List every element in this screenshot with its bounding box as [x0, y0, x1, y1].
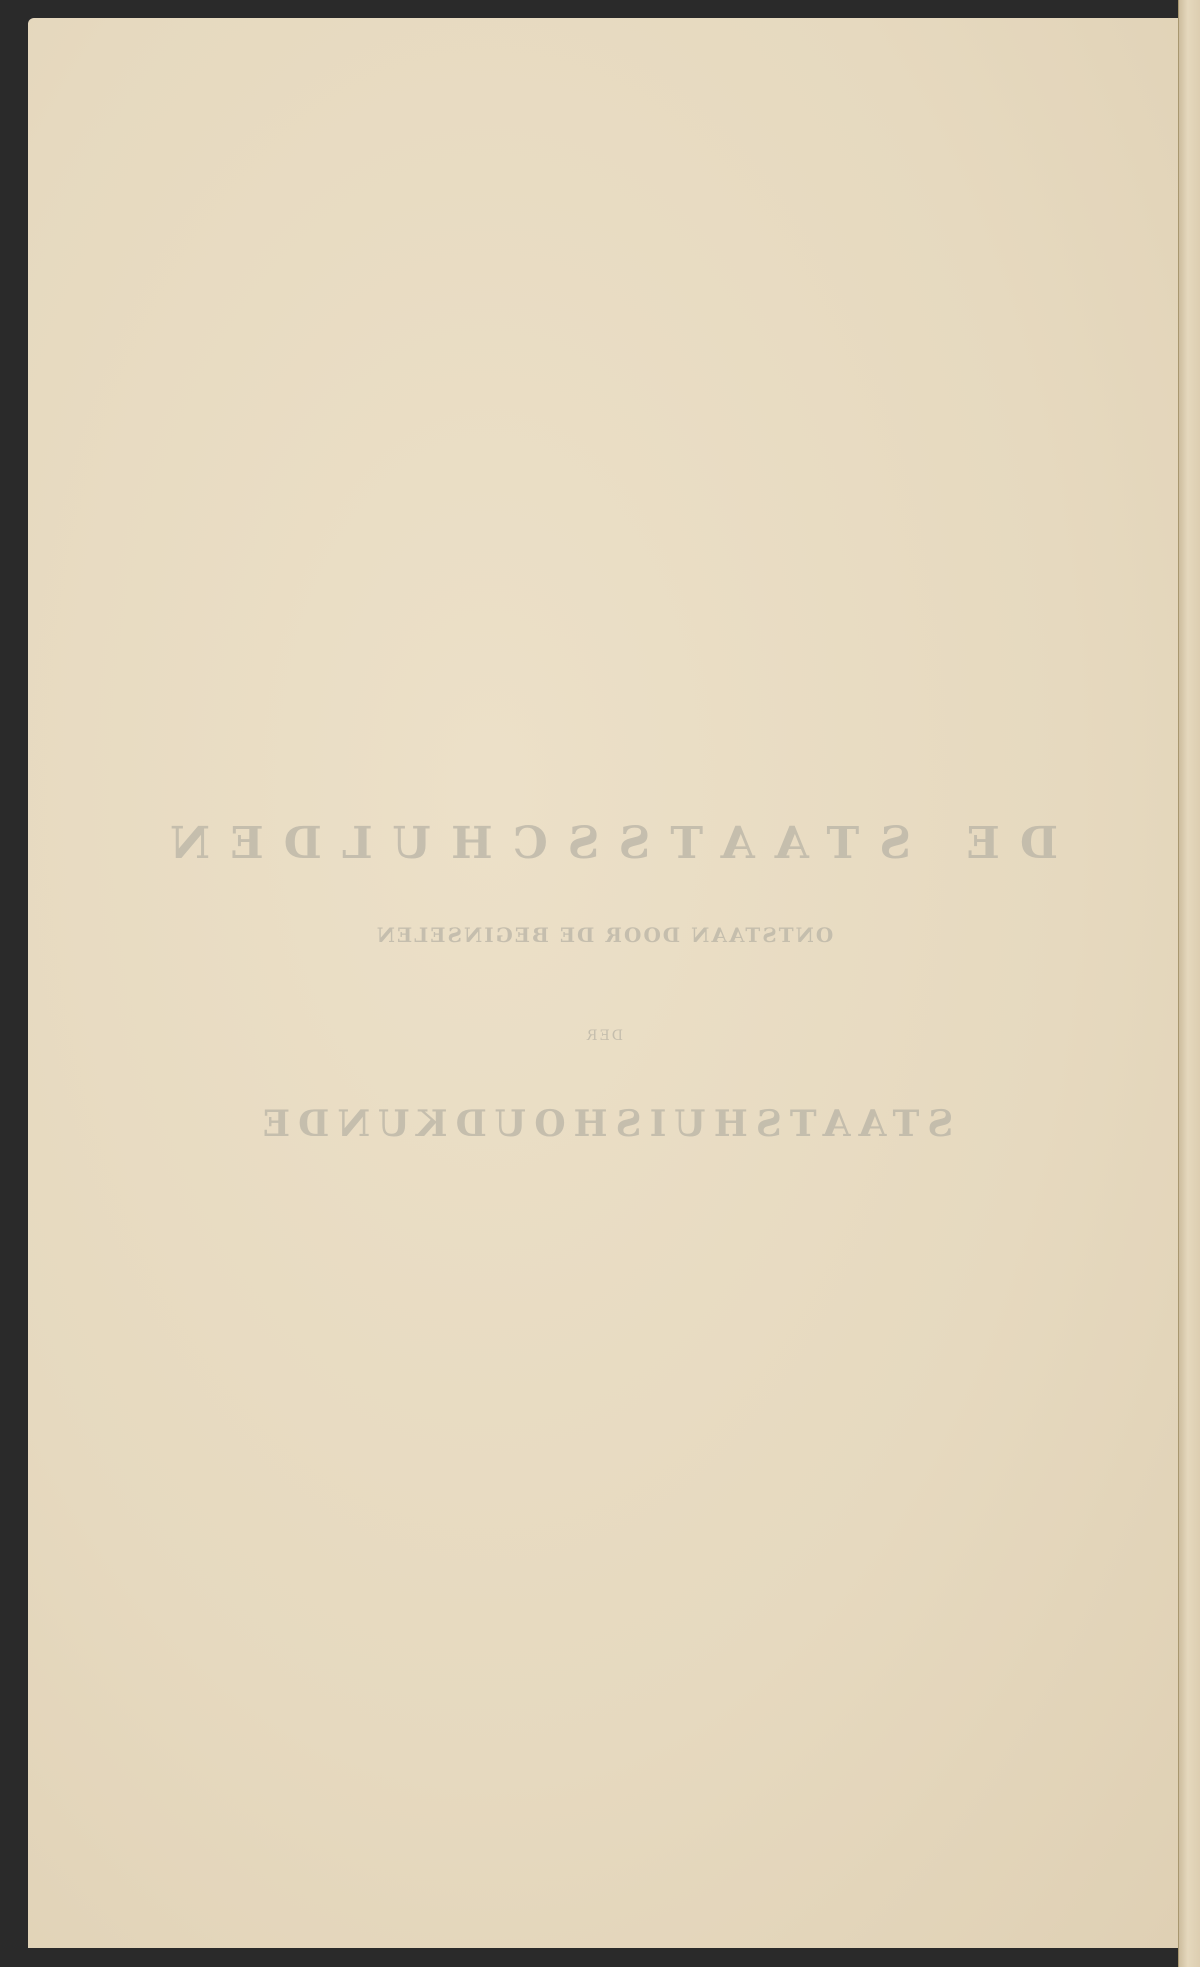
page-gutter [1178, 0, 1200, 1967]
book-page: DE STAATSSCHULDEN ONTSTAAN DOOR DE BEGIN… [28, 18, 1180, 1948]
bleed-title: DE STAATSSCHULDEN [28, 818, 1180, 869]
bleed-connector: DER [28, 1028, 1180, 1044]
bleed-subject: STAATSHUISHOUDKUNDE [28, 1103, 1180, 1145]
bleed-subtitle: ONTSTAAN DOOR DE BEGINSELEN [28, 923, 1180, 947]
